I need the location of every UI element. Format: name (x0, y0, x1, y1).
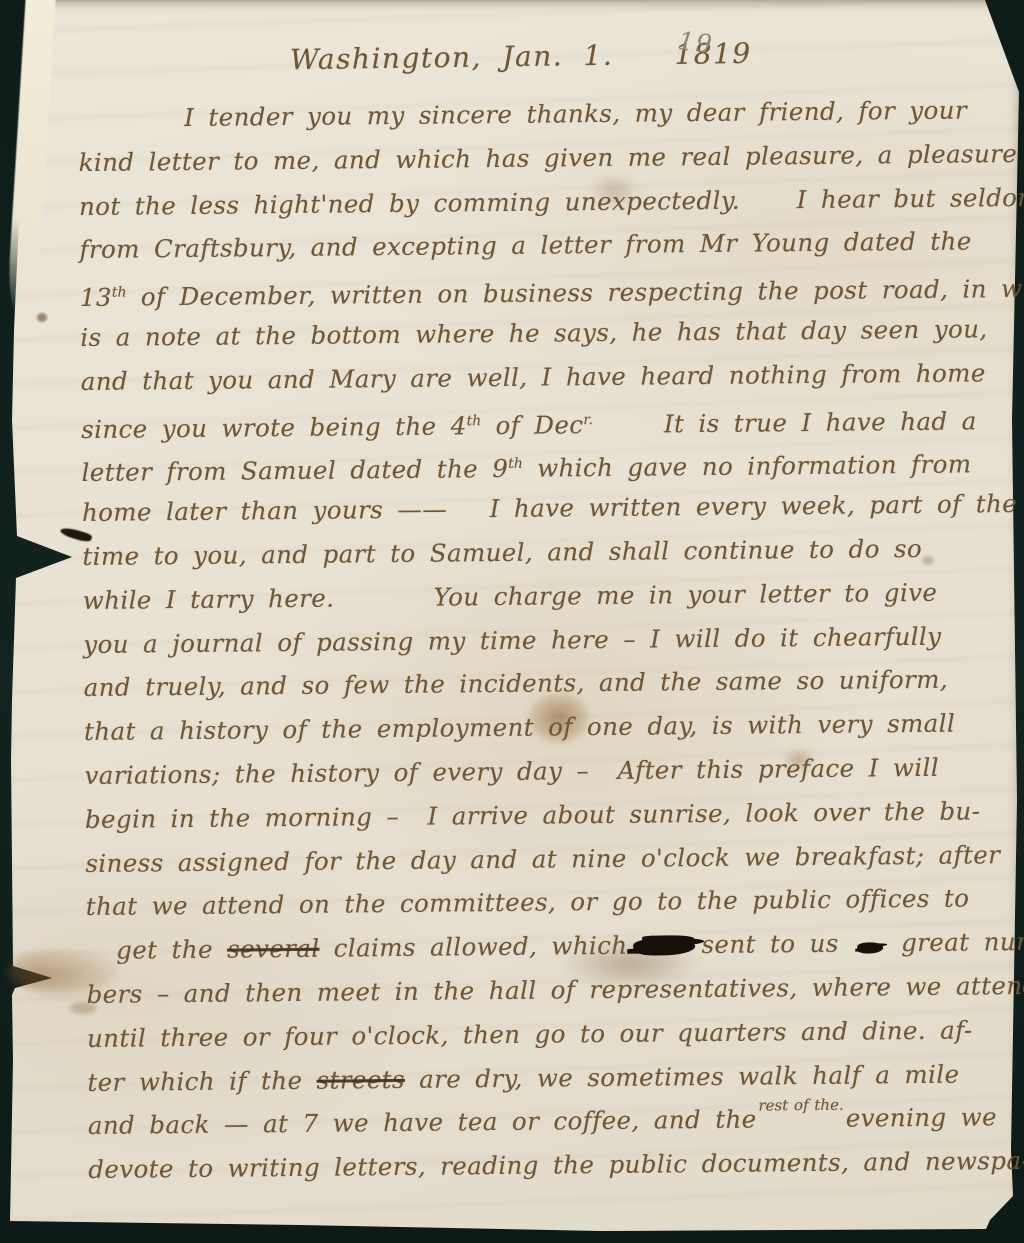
struck-word: several (227, 934, 320, 964)
ink-blot-small (857, 942, 883, 953)
interlined-insertion: rest of the. (758, 1098, 843, 1114)
struck-word: streets (316, 1064, 405, 1094)
ink-blot (633, 938, 695, 956)
scanned-letter-page: Washington, Jan. 1. 1819 19 I tender you… (0, 0, 1024, 1243)
letter-line: devote to writing letters, reading the p… (88, 1139, 1024, 1192)
letter-lines: I tender you my sincere thanks, my dear … (78, 88, 1024, 1192)
pencil-page-number: 19 (677, 26, 716, 59)
letter-body: I tender you my sincere thanks, my dear … (78, 88, 1024, 1192)
